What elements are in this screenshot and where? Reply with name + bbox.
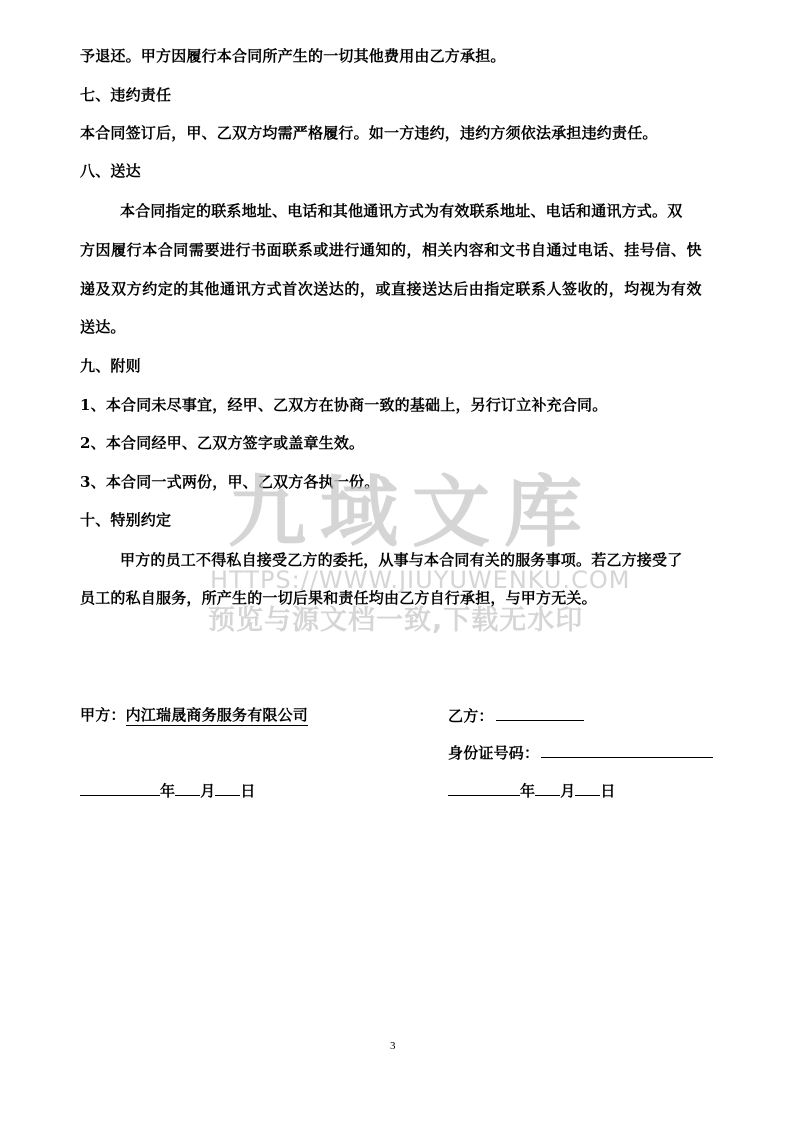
party-b-label: 乙方：: [448, 707, 494, 725]
year-label: 年: [520, 782, 535, 800]
year-field[interactable]: [80, 780, 160, 796]
paragraph-line: 递及双方约定的其他通讯方式首次送达的，或直接送达后由指定联系人签收的，均视为有效: [80, 279, 702, 299]
party-a-date: 年月日: [80, 780, 256, 801]
party-b-name-field[interactable]: [496, 705, 584, 721]
month-field[interactable]: [175, 780, 200, 796]
month-field[interactable]: [535, 780, 560, 796]
day-field[interactable]: [575, 780, 600, 796]
section-heading-appendix: 九、附则: [80, 356, 141, 376]
day-label: 日: [600, 782, 615, 800]
paragraph-line: 甲方的员工不得私自接受乙方的委托，从事与本合同有关的服务事项。若乙方接受了: [120, 550, 682, 570]
id-number-label: 身份证号码：: [448, 744, 539, 762]
id-number-row: 身份证号码：: [448, 742, 713, 763]
party-a-signature: 甲方：内江瑞晟商务服务有限公司: [80, 705, 308, 725]
section-heading-special-terms: 十、特别约定: [80, 510, 171, 530]
page-number: 3: [390, 1040, 396, 1052]
paragraph-line: 本合同指定的联系地址、电话和其他通讯方式为有效联系地址、电话和通讯方式。双: [120, 201, 682, 221]
party-a-label: 甲方：: [80, 706, 126, 724]
paragraph-line: 员工的私自服务，所产生的一切后果和责任均由乙方自行承担，与甲方无关。: [80, 588, 597, 608]
paragraph-line: 送达。: [80, 317, 126, 337]
section-heading-delivery: 八、送达: [80, 161, 141, 181]
month-label: 月: [560, 782, 575, 800]
watermark-subtitle: 预览与源文档一致,下载无水印: [208, 605, 583, 637]
list-item: 1、本合同未尽事宜，经甲、乙双方在协商一致的基础上，另行订立补充合同。: [80, 395, 607, 415]
section-heading-breach: 七、违约责任: [80, 85, 171, 105]
party-b-date: 年月日: [448, 780, 616, 801]
month-label: 月: [200, 782, 215, 800]
year-label: 年: [160, 782, 175, 800]
paragraph-line: 本合同签订后，甲、乙双方均需严格履行。如一方违约，违约方须依法承担违约责任。: [80, 123, 658, 143]
paragraph-line: 方因履行本合同需要进行书面联系或进行通知的，相关内容和文书自通过电话、挂号信、快: [80, 240, 702, 260]
day-field[interactable]: [215, 780, 240, 796]
list-item: 3、本合同一式两份，甲、乙双方各执一份。: [80, 472, 379, 492]
id-number-field[interactable]: [541, 742, 713, 758]
party-b-signature: 乙方：: [448, 705, 584, 726]
list-item: 2、本合同经甲、乙双方签字或盖章生效。: [80, 433, 364, 453]
party-a-name: 内江瑞晟商务服务有限公司: [126, 706, 308, 726]
document-page: 予退还。甲方因履行本合同所产生的一切其他费用由乙方承担。 七、违约责任 本合同签…: [0, 0, 793, 1122]
day-label: 日: [240, 782, 255, 800]
paragraph-line: 予退还。甲方因履行本合同所产生的一切其他费用由乙方承担。: [80, 46, 506, 66]
year-field[interactable]: [448, 780, 520, 796]
